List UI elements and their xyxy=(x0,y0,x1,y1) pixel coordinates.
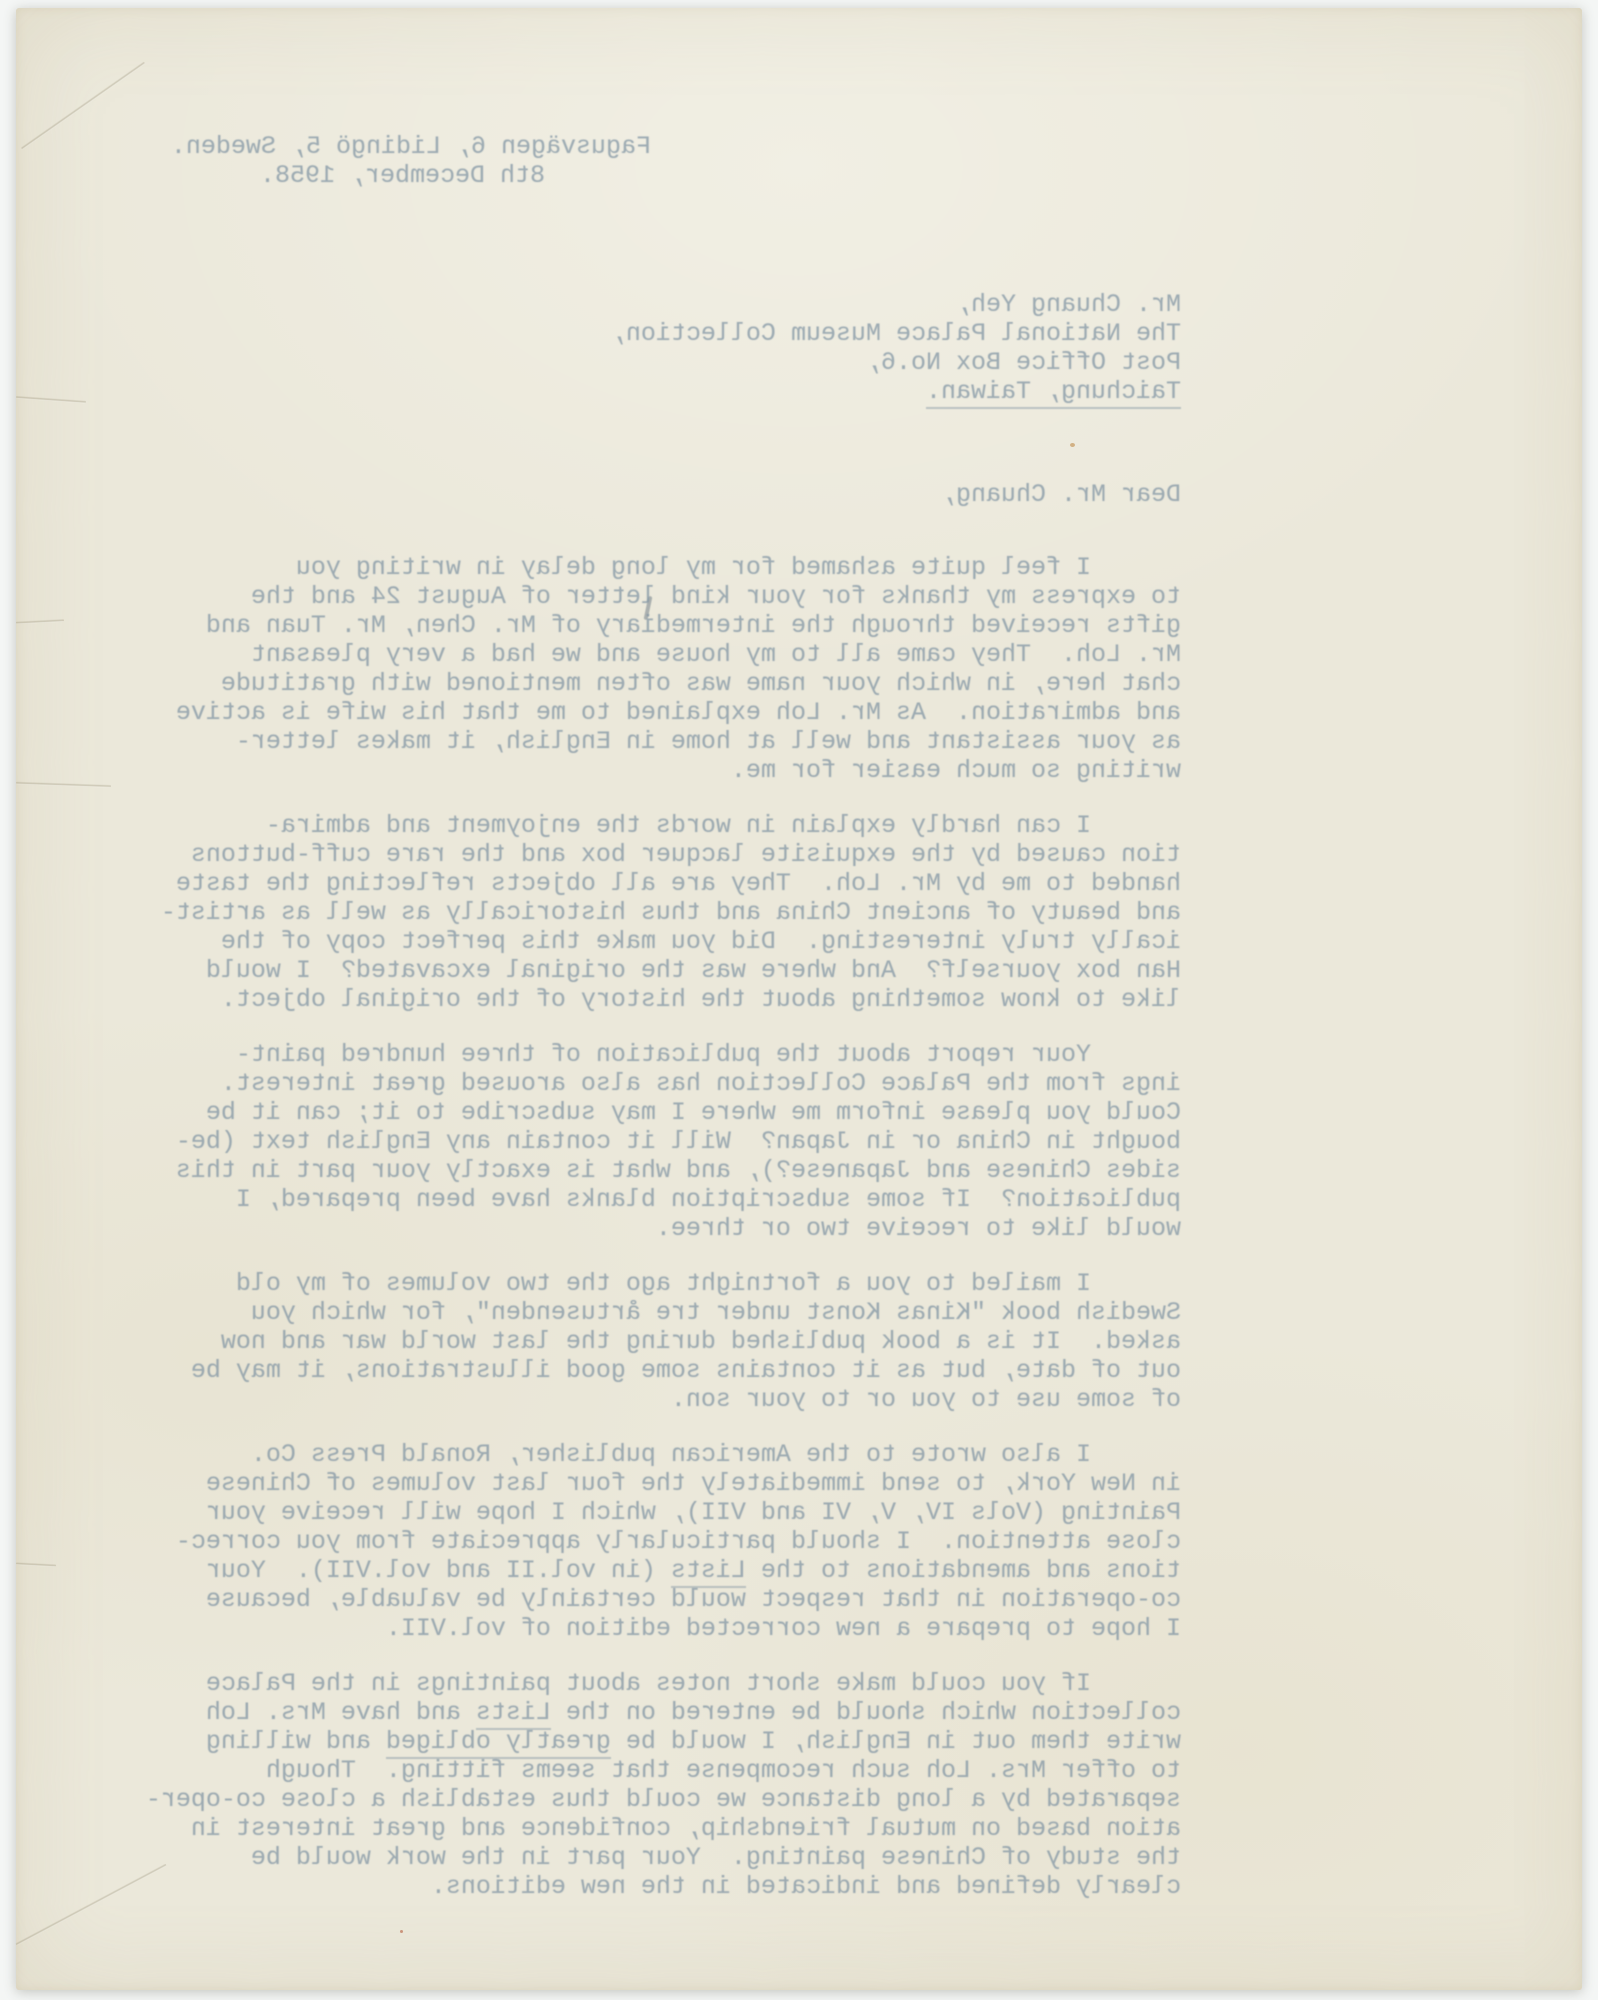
typed-line: I can hardly explain in words the enjoym… xyxy=(121,811,1181,840)
typed-text: Your report about the publication of thr… xyxy=(236,1040,1181,1069)
typed-text: and have Mrs. Loh xyxy=(206,1698,476,1727)
underlined-text: Taichung, Taiwan. xyxy=(926,377,1181,409)
typed-text: writing so much easier for me. xyxy=(731,756,1181,785)
typed-line: Your report about the publication of thr… xyxy=(121,1040,1181,1069)
typed-line: write them out in English, I would be gr… xyxy=(121,1727,1181,1756)
typed-text: I feel quite ashamed for my long delay i… xyxy=(296,553,1181,582)
typed-text: collection which should be entered on th… xyxy=(551,1698,1181,1727)
typed-line: tion caused by the exquisite lacquer box… xyxy=(121,840,1181,869)
typed-line: I hope to prepare a new corrected editio… xyxy=(121,1614,1181,1643)
paragraph: Your report about the publication of thr… xyxy=(121,1040,1181,1243)
typed-line: would like to receive two or three. xyxy=(121,1214,1181,1243)
typed-text: bought in China or in Japan? Will it con… xyxy=(176,1127,1181,1156)
typed-text: ation based on mutual friendship, confid… xyxy=(191,1814,1181,1843)
typed-line: collection which should be entered on th… xyxy=(121,1698,1181,1727)
paper-speck xyxy=(400,1930,403,1933)
show-through-text: Fagusvägen 6, Lidingö 5, Sweden. 8th Dec… xyxy=(121,8,1181,1901)
underlined-text: Lists xyxy=(476,1698,551,1730)
typed-text: I can hardly explain in words the enjoym… xyxy=(266,811,1181,840)
typed-text: Painting (Vols IV, V, VI and VII), which… xyxy=(206,1498,1181,1527)
typed-line: to express my thanks for your kind lette… xyxy=(121,582,1181,611)
typed-line: writing so much easier for me. xyxy=(121,756,1181,785)
typed-line: in New York, to send immediately the fou… xyxy=(121,1469,1181,1498)
typed-text: like to know something about the history… xyxy=(221,985,1181,1014)
paper-crease xyxy=(16,1562,56,1567)
typed-text: I also wrote to the American publisher, … xyxy=(251,1440,1181,1469)
typed-text: tion caused by the exquisite lacquer box… xyxy=(191,840,1181,869)
paper-crease xyxy=(16,619,64,625)
typed-text: as your assistant and well at home in En… xyxy=(236,727,1181,756)
recipient-address-block: Mr. Chuang Yeh,The National Palace Museu… xyxy=(121,290,1181,406)
typed-line: Could you please inform me where I may s… xyxy=(121,1098,1181,1127)
paragraph: I feel quite ashamed for my long delay i… xyxy=(121,553,1181,785)
paragraph: I also wrote to the American publisher, … xyxy=(121,1440,1181,1643)
typed-text: and willing xyxy=(206,1727,386,1756)
typed-line: tions and amendations to the Lists (in v… xyxy=(121,1556,1181,1585)
typed-line: chat here, in which your name was often … xyxy=(121,669,1181,698)
typed-text: Mr. Chuang Yeh, xyxy=(956,290,1181,319)
typed-line: sides Chinese and Japanese?), and what i… xyxy=(121,1156,1181,1185)
typed-line: ings from the Palace Collection has also… xyxy=(121,1069,1181,1098)
typed-text: Mr. Loh. They came all to my house and w… xyxy=(251,640,1181,669)
typed-text: ings from the Palace Collection has also… xyxy=(221,1069,1181,1098)
salutation: Dear Mr. Chuang, xyxy=(121,480,1181,509)
typed-line: of some use to you or to your son. xyxy=(121,1385,1181,1414)
typed-line: Post Office Box No.6, xyxy=(121,348,1181,377)
typed-text: The National Palace Museum Collection, xyxy=(611,319,1181,348)
typed-text: I mailed to you a fortnight ago the two … xyxy=(236,1269,1181,1298)
typed-line: clearly defined and indicated in the new… xyxy=(121,1872,1181,1901)
typed-line: and admiration. As Mr. Loh explained to … xyxy=(121,698,1181,727)
typed-line: Mr. Loh. They came all to my house and w… xyxy=(121,640,1181,669)
typed-line: out of date, but as it contains some goo… xyxy=(121,1356,1181,1385)
typed-line: ically truly interesting. Did you make t… xyxy=(121,927,1181,956)
typed-line: like to know something about the history… xyxy=(121,985,1181,1014)
letter-date: 8th December, 1958. xyxy=(121,161,545,190)
typed-line: publication? If some subscription blanks… xyxy=(121,1185,1181,1214)
letter-page: Fagusvägen 6, Lidingö 5, Sweden. 8th Dec… xyxy=(16,8,1582,1990)
typed-line: close attention. I should particularly a… xyxy=(121,1527,1181,1556)
paragraph: I can hardly explain in words the enjoym… xyxy=(121,811,1181,1014)
typed-text: If you could make short notes about pain… xyxy=(206,1669,1181,1698)
typed-line: I feel quite ashamed for my long delay i… xyxy=(121,553,1181,582)
typed-line: to offer Mrs. Loh such recompense that s… xyxy=(121,1756,1181,1785)
typed-text: in New York, to send immediately the fou… xyxy=(206,1469,1181,1498)
typed-line: The National Palace Museum Collection, xyxy=(121,319,1181,348)
typed-text: (in vol.II and vol.VII). Your xyxy=(206,1556,671,1585)
typed-line: Swedish book "Kinas Konst under tre årtu… xyxy=(121,1298,1181,1327)
typed-text: Han box yourself? And where was the orig… xyxy=(206,956,1181,985)
typed-text: to express my thanks for your kind lette… xyxy=(251,582,1181,611)
paragraph: I mailed to you a fortnight ago the two … xyxy=(121,1269,1181,1414)
typed-text: publication? If some subscription blanks… xyxy=(236,1185,1181,1214)
typed-text: Could you please inform me where I may s… xyxy=(206,1098,1181,1127)
typed-line: I also wrote to the American publisher, … xyxy=(121,1440,1181,1469)
typed-line: Painting (Vols IV, V, VI and VII), which… xyxy=(121,1498,1181,1527)
typed-line: Taichung, Taiwan. xyxy=(121,377,1181,406)
typed-text: of some use to you or to your son. xyxy=(671,1385,1181,1414)
typed-text: clearly defined and indicated in the new… xyxy=(431,1872,1181,1901)
typed-text: co-operation in that respect would certa… xyxy=(206,1585,1181,1614)
underlined-text: greatly obliged xyxy=(386,1727,611,1759)
typed-text: Post Office Box No.6, xyxy=(866,348,1181,377)
typed-text: separated by a long distance we could th… xyxy=(146,1785,1181,1814)
underlined-text: Lists xyxy=(671,1556,746,1588)
typed-text: ically truly interesting. Did you make t… xyxy=(221,927,1181,956)
typed-text: close attention. I should particularly a… xyxy=(176,1527,1181,1556)
typed-text: asked. It is a book published during the… xyxy=(221,1327,1181,1356)
scanned-letter-photo: Fagusvägen 6, Lidingö 5, Sweden. 8th Dec… xyxy=(0,0,1598,2000)
typed-text: would like to receive two or three. xyxy=(656,1214,1181,1243)
typed-text: write them out in English, I would be xyxy=(611,1727,1181,1756)
typed-text: and admiration. As Mr. Loh explained to … xyxy=(176,698,1181,727)
typed-text: handed to me by Mr. Loh. They are all ob… xyxy=(176,869,1181,898)
typed-text: gifts received through the intermediary … xyxy=(206,611,1181,640)
typed-text: Swedish book "Kinas Konst under tre årtu… xyxy=(251,1298,1181,1327)
typed-text: sides Chinese and Japanese?), and what i… xyxy=(176,1156,1181,1185)
typed-line: handed to me by Mr. Loh. They are all ob… xyxy=(121,869,1181,898)
typed-line: gifts received through the intermediary … xyxy=(121,611,1181,640)
paper-crease xyxy=(16,781,111,787)
typed-line: ation based on mutual friendship, confid… xyxy=(121,1814,1181,1843)
typed-line: Han box yourself? And where was the orig… xyxy=(121,956,1181,985)
typed-text: I hope to prepare a new corrected editio… xyxy=(386,1614,1181,1643)
typed-line: Mr. Chuang Yeh, xyxy=(121,290,1181,319)
typed-line: as your assistant and well at home in En… xyxy=(121,727,1181,756)
paragraph: If you could make short notes about pain… xyxy=(121,1669,1181,1901)
typed-line: If you could make short notes about pain… xyxy=(121,1669,1181,1698)
typed-line: the study of Chinese painting. Your part… xyxy=(121,1843,1181,1872)
typed-text: out of date, but as it contains some goo… xyxy=(191,1356,1181,1385)
typed-line: asked. It is a book published during the… xyxy=(121,1327,1181,1356)
typed-line: bought in China or in Japan? Will it con… xyxy=(121,1127,1181,1156)
typed-text: the study of Chinese painting. Your part… xyxy=(251,1843,1181,1872)
typed-text: chat here, in which your name was often … xyxy=(221,669,1181,698)
paper-crease xyxy=(16,396,86,404)
typed-text: and beauty of ancient China and thus his… xyxy=(161,898,1181,927)
typed-line: co-operation in that respect would certa… xyxy=(121,1585,1181,1614)
sender-address: Fagusvägen 6, Lidingö 5, Sweden. xyxy=(121,132,651,161)
letter-body: I feel quite ashamed for my long delay i… xyxy=(121,553,1181,1901)
typed-text: tions and amendations to the xyxy=(746,1556,1181,1585)
typed-text: to offer Mrs. Loh such recompense that s… xyxy=(266,1756,1181,1785)
typed-line: and beauty of ancient China and thus his… xyxy=(121,898,1181,927)
typed-line: separated by a long distance we could th… xyxy=(121,1785,1181,1814)
typed-line: I mailed to you a fortnight ago the two … xyxy=(121,1269,1181,1298)
